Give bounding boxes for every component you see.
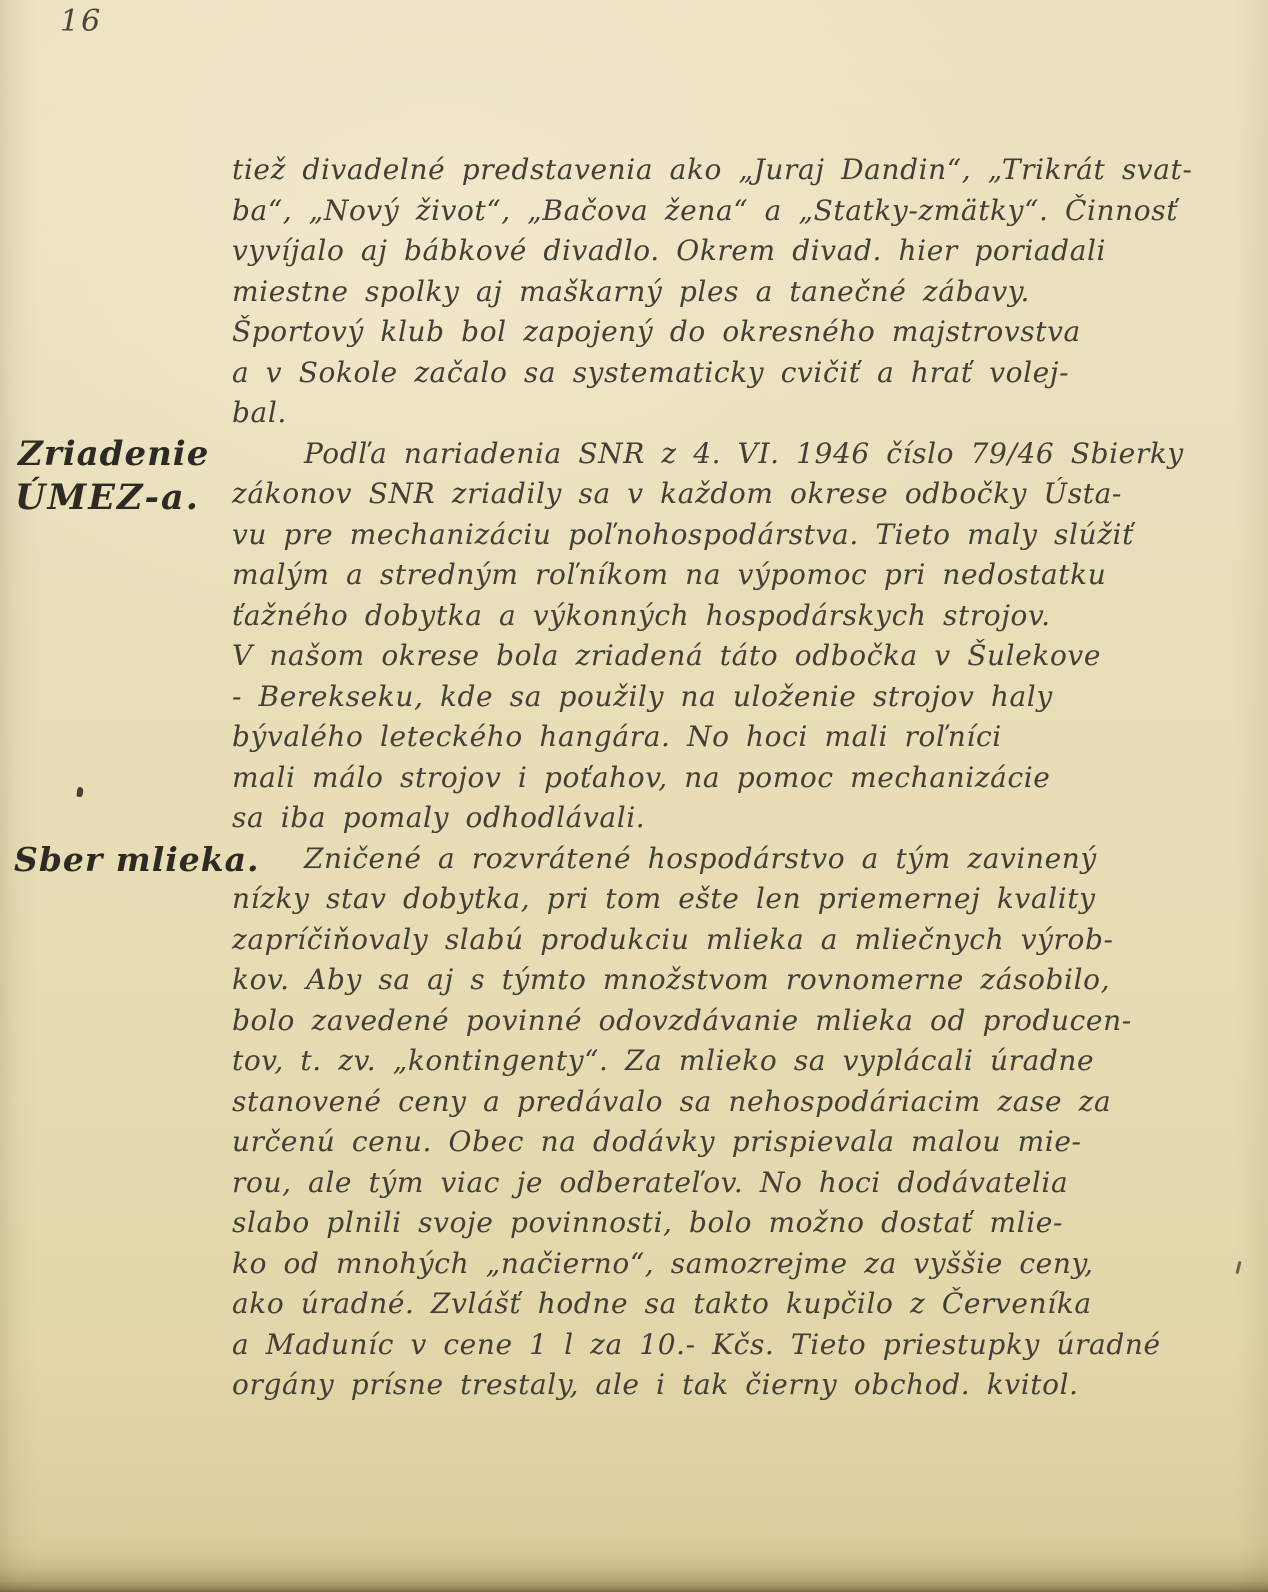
- text-line: tiež divadelné predstavenia ako „Juraj D…: [232, 150, 1222, 191]
- page-number: 16: [60, 4, 102, 39]
- text-line: orgány prísne trestaly, ale i tak čierny…: [232, 1365, 1222, 1406]
- text-line: rou, ale tým viac je odberateľov. No hoc…: [232, 1163, 1222, 1204]
- text-line: zákonov SNR zriadily sa v každom okrese …: [232, 474, 1222, 515]
- text-line: tov, t. zv. „kontingenty“. Za mlieko sa …: [232, 1041, 1222, 1082]
- text-line: Zničené a rozvrátené hospodárstvo a tým …: [232, 839, 1222, 880]
- text-line: slabo plnili svoje povinnosti, bolo možn…: [232, 1203, 1222, 1244]
- manuscript-text: tiež divadelné predstavenia ako „Juraj D…: [232, 150, 1222, 1406]
- margin-note-zriadenie-line2: ÚMEZ-a.: [15, 477, 200, 518]
- text-line: a Maduníc v cene 1 l za 10.- Kčs. Tieto …: [232, 1325, 1222, 1366]
- text-line: bal.: [232, 393, 1222, 434]
- manuscript-page: 16 Zriadenie ÚMEZ-a. Sber mlieka. tiež d…: [0, 0, 1268, 1592]
- text-line: ko od mnohých „načierno“, samozrejme za …: [232, 1244, 1222, 1285]
- page-bottom-edge-shadow: [0, 1566, 1268, 1592]
- text-line: zapríčiňovaly slabú produkciu mlieka a m…: [232, 920, 1222, 961]
- text-line: V našom okrese bola zriadená táto odbočk…: [232, 636, 1222, 677]
- text-line: ako úradné. Zvlášť hodne sa takto kupčil…: [232, 1284, 1222, 1325]
- stray-ink-mark: [1235, 1261, 1241, 1274]
- text-line: - Berekseku, kde sa použily na uloženie …: [232, 677, 1222, 718]
- text-line: malým a stredným roľníkom na výpomoc pri…: [232, 555, 1222, 596]
- text-line: stanovené ceny a predávalo sa nehospodár…: [232, 1082, 1222, 1123]
- text-line: ba“, „Nový život“, „Bačova žena“ a „Stat…: [232, 191, 1222, 232]
- text-line: vyvíjalo aj bábkové divadlo. Okrem divad…: [232, 231, 1222, 272]
- text-line: a v Sokole začalo sa systematicky cvičiť…: [232, 353, 1222, 394]
- text-line: ťažného dobytka a výkonných hospodárskyc…: [232, 596, 1222, 637]
- text-line: vu pre mechanizáciu poľnohospodárstva. T…: [232, 515, 1222, 556]
- text-line: miestne spolky aj maškarný ples a tanečn…: [232, 272, 1222, 313]
- text-line: Športový klub bol zapojený do okresného …: [232, 312, 1222, 353]
- text-line: určenú cenu. Obec na dodávky prispievala…: [232, 1122, 1222, 1163]
- text-line: sa iba pomaly odhodlávali.: [232, 798, 1222, 839]
- margin-note-sber-mlieka: Sber mlieka.: [14, 840, 260, 879]
- ink-blot: [76, 787, 83, 798]
- text-line: bývalého leteckého hangára. No hoci mali…: [232, 717, 1222, 758]
- text-line: kov. Aby sa aj s týmto množstvom rovnome…: [232, 960, 1222, 1001]
- text-line: mali málo strojov i poťahov, na pomoc me…: [232, 758, 1222, 799]
- text-line: nízky stav dobytka, pri tom ešte len pri…: [232, 879, 1222, 920]
- margin-note-zriadenie-line1: Zriadenie: [18, 434, 209, 474]
- text-line: bolo zavedené povinné odovzdávanie mliek…: [232, 1001, 1222, 1042]
- text-line: Podľa nariadenia SNR z 4. VI. 1946 číslo…: [232, 434, 1222, 475]
